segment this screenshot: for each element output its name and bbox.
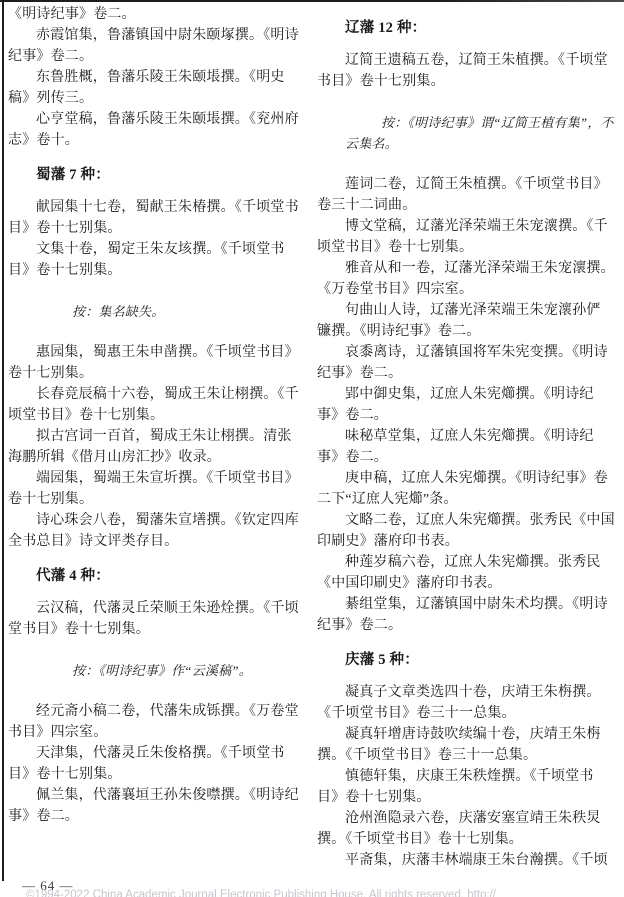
text-line: 平斋集，庆藩丰林端康王朱台瀚撰。《千顷 (317, 850, 614, 871)
watermark-text: ©1994-2022 China Academic Journal Electr… (26, 889, 496, 897)
text-line: 卷三十二词曲。 (317, 195, 614, 216)
text-line: 綦组堂集，辽藩镇国中尉朱术均撰。《明诗 (317, 594, 614, 615)
text-line: 句曲山人诗，辽藩光泽荣端王朱宠瀤孙俨 (317, 300, 614, 321)
text-line: 蜀藩 7 种： (8, 165, 305, 186)
text-line: 事》卷二。 (8, 806, 305, 827)
text-line: 事》卷二。 (317, 447, 614, 468)
text-line: 撰。《千顷堂书目》卷三十一总集。 (317, 745, 614, 766)
text-line: 顷堂书目》卷十七别集。 (8, 405, 305, 426)
text-line: 目》卷十七别集。 (8, 260, 305, 281)
text-line: 全书总目》诗文评类存目。 (8, 531, 305, 552)
text-line: 《中国印刷史》藩府印书表。 (317, 573, 614, 594)
text-line: 郢中御史集，辽庶人朱宪㸅撰。《明诗纪 (317, 384, 614, 405)
text-line: 雅音从和一卷，辽藩光泽荣端王朱宠瀤撰。 (317, 258, 614, 279)
text-line: 二下“辽庶人宪㸅”条。 (317, 489, 614, 510)
text-line: 目》卷十七别集。 (317, 787, 614, 808)
text-line: 志》卷十。 (8, 130, 305, 151)
text-line: 赤霞馆集，鲁藩镇国中尉朱颐塚撰。《明诗 (8, 25, 305, 46)
text-line: 书目》卷十七别集。 (317, 71, 614, 92)
text-line: 海鹏所辑《借月山房汇抄》收录。 (8, 447, 305, 468)
text-line: 《千顷堂书目》卷三十一总集。 (317, 703, 614, 724)
text-line: 按：《明诗纪事》作“云溪稿”。 (8, 660, 305, 681)
text-line: 纪事》卷二。 (8, 46, 305, 67)
text-line: 心亨堂稿，鲁藩乐陵王朱颐㙊撰。《兖州府 (8, 109, 305, 130)
text-line: 味秘草堂集，辽庶人朱宪㸅撰。《明诗纪 (317, 426, 614, 447)
text-line: 云集名。 (317, 133, 614, 154)
text-line: 长春竞辰稿十六卷，蜀成王朱让栩撰。《千 (8, 384, 305, 405)
scanned-book-page: 《明诗纪事》卷二。赤霞馆集，鲁藩镇国中尉朱颐塚撰。《明诗纪事》卷二。东鲁胜概，鲁… (0, 0, 624, 897)
text-line: 目》卷十七别集。 (8, 764, 305, 785)
text-line: 庆藩 5 种： (317, 650, 614, 671)
text-line: 卷十七别集。 (8, 489, 305, 510)
text-line: 顷堂书目》卷十七别集。 (317, 237, 614, 258)
text-line: 莲词二卷，辽简王朱植撰。《千顷堂书目》 (317, 174, 614, 195)
text-line: 拟古宫词一百首，蜀成王朱让栩撰。清张 (8, 426, 305, 447)
text-line: 撰。《千顷堂书目》卷十七别集。 (317, 829, 614, 850)
text-line: 文略二卷，辽庶人朱宪㸅撰。张秀民《中国 (317, 510, 614, 531)
text-line: 按：集名缺失。 (8, 301, 305, 322)
text-line: 辽简王遗稿五卷，辽简王朱植撰。《千顷堂 (317, 50, 614, 71)
text-line: 文集十卷，蜀定王朱友垓撰。《千顷堂书 (8, 239, 305, 260)
text-line: 种莲岁稿六卷，辽庶人朱宪㸅撰。张秀民 (317, 552, 614, 573)
text-line: 端园集，蜀端王朱宣圻撰。《千顷堂书目》 (8, 468, 305, 489)
left-border-line (2, 1, 4, 881)
text-line: 卷十七别集。 (8, 363, 305, 384)
text-line: 凝真子文章类选四十卷，庆靖王朱栴撰。 (317, 682, 614, 703)
text-line: 印刷史》藩府印书表。 (317, 531, 614, 552)
text-line: 辽藩 12 种： (317, 18, 614, 39)
text-line: 庚申稿，辽庶人朱宪㸅撰。《明诗纪事》卷 (317, 468, 614, 489)
text-line: 慎德轩集，庆康王朱秩煃撰。《千顷堂书 (317, 766, 614, 787)
left-text-column: 《明诗纪事》卷二。赤霞馆集，鲁藩镇国中尉朱颐塚撰。《明诗纪事》卷二。东鲁胜概，鲁… (8, 4, 305, 827)
text-line: 惠园集，蜀惠王朱申凿撰。《千顷堂书目》 (8, 342, 305, 363)
text-line: 《万卷堂书目》四宗室。 (317, 279, 614, 300)
text-line: 佩兰集，代藩襄垣王孙朱俊噤撰。《明诗纪 (8, 785, 305, 806)
text-line: 博文堂稿，辽藩光泽荣端王朱宠瀤撰。《千 (317, 216, 614, 237)
text-line: 诗心珠会八卷，蜀藩朱宣墡撰。《钦定四库 (8, 510, 305, 531)
text-line: 稿》列传三。 (8, 88, 305, 109)
text-line: 献园集十七卷，蜀献王朱椿撰。《千顷堂书 (8, 197, 305, 218)
text-line: 代藩 4 种： (8, 566, 305, 587)
text-line: 云汉稿，代藩灵丘荣顺王朱逊烇撰。《千顷 (8, 598, 305, 619)
text-line: 按：《明诗纪事》谓“辽简王植有集”，不 (317, 112, 614, 133)
text-line: 目》卷十七别集。 (8, 218, 305, 239)
text-line: 书目》四宗室。 (8, 722, 305, 743)
text-line: 镰撰。《明诗纪事》卷二。 (317, 321, 614, 342)
text-line: 纪事》卷二。 (317, 363, 614, 384)
top-border-line (0, 0, 624, 2)
text-line: 东鲁胜概，鲁藩乐陵王朱颐㙊撰。《明史 (8, 67, 305, 88)
text-line: 凝真轩增唐诗鼓吹续编十卷，庆靖王朱栴 (317, 724, 614, 745)
text-line: 经元斋小稿二卷，代藩朱成铄撰。《万卷堂 (8, 701, 305, 722)
text-line: 纪事》卷二。 (317, 615, 614, 636)
text-line: 事》卷二。 (317, 405, 614, 426)
text-line: 堂书目》卷十七别集。 (8, 619, 305, 640)
text-line: 天津集，代藩灵丘朱俊格撰。《千顷堂书 (8, 743, 305, 764)
text-line: 《明诗纪事》卷二。 (8, 4, 305, 25)
text-line: 沧州渔隐录六卷，庆藩安塞宣靖王朱秩炅 (317, 808, 614, 829)
right-text-column: 辽藩 12 种：辽简王遗稿五卷，辽简王朱植撰。《千顷堂书目》卷十七别集。按：《明… (317, 4, 614, 871)
text-line: 哀黍离诗，辽藩镇国将军朱宪变撰。《明诗 (317, 342, 614, 363)
